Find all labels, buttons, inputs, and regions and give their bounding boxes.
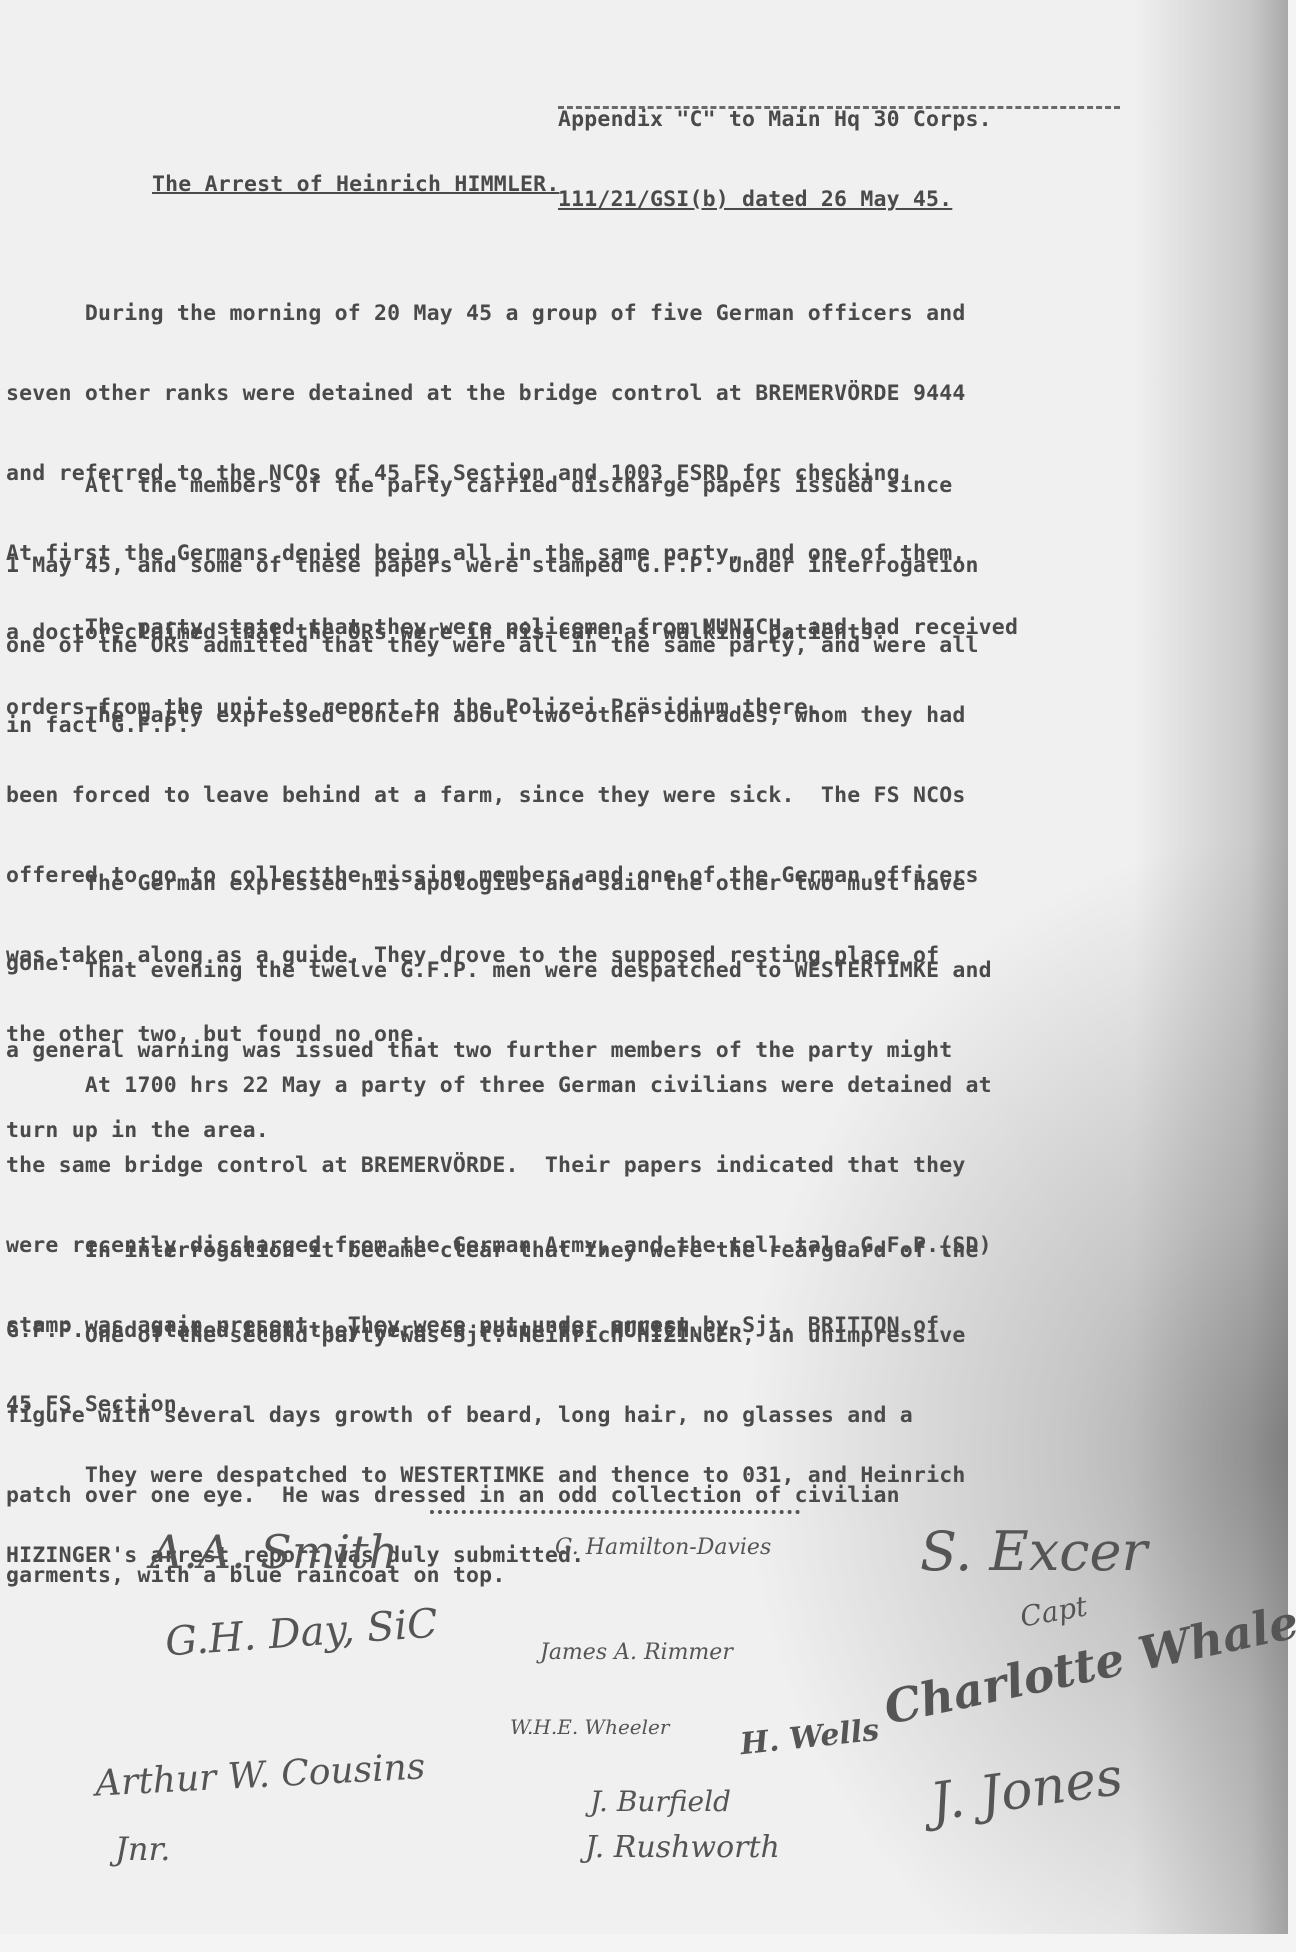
- text-line: seven other ranks were detained at the b…: [6, 381, 1266, 408]
- text-line: In interrogation it became clear that th…: [6, 1238, 1266, 1265]
- text-line: One of the second party was Sjt. Heinric…: [6, 1323, 1266, 1350]
- signature: H. Wells: [739, 1713, 881, 1762]
- header-divider: [558, 106, 1120, 109]
- text-line: That evening the twelve G.F.P. men were …: [6, 958, 1266, 985]
- signature: S. Excer: [920, 1520, 1147, 1583]
- text-line: The German expressed his apologies and s…: [6, 871, 1266, 898]
- text-line: At 1700 hrs 22 May a party of three Germ…: [6, 1073, 1266, 1100]
- text-line: During the morning of 20 May 45 a group …: [6, 301, 1266, 328]
- file-reference-line: 111/21/GSI(b) dated 26 May 45.: [558, 187, 992, 214]
- signature: J. Rushworth: [585, 1830, 780, 1865]
- text-line: the same bridge control at BREMERVÖRDE. …: [6, 1153, 1266, 1180]
- signature: J. Burfield: [590, 1785, 731, 1818]
- document-reference: Appendix "C" to Main Hq 30 Corps. 111/21…: [558, 54, 992, 267]
- signature: G. Hamilton-Davies: [555, 1535, 771, 1560]
- document-title: The Arrest of Heinrich HIMMLER.: [152, 172, 559, 199]
- text-line: The party stated that they were policeme…: [6, 615, 1266, 642]
- signature: J. Jones: [927, 1747, 1126, 1833]
- signature: A.A. Smith: [150, 1525, 398, 1579]
- text-line: The party expressed concern about two ot…: [6, 703, 1266, 730]
- text-line: All the members of the party carried dis…: [6, 473, 1266, 500]
- signature: W.H.E. Wheeler: [510, 1715, 669, 1739]
- signature: Jnr.: [115, 1830, 170, 1868]
- appendix-line: Appendix "C" to Main Hq 30 Corps.: [558, 107, 992, 134]
- text-line: been forced to leave behind at a farm, s…: [6, 783, 1266, 810]
- text-line: They were despatched to WESTERTIMKE and …: [6, 1463, 1266, 1490]
- signature: Arthur W. Cousins: [94, 1746, 426, 1804]
- signature: James A. Rimmer: [540, 1640, 733, 1665]
- document-page: Appendix "C" to Main Hq 30 Corps. 111/21…: [0, 0, 1288, 1934]
- signature-divider: [430, 1510, 800, 1514]
